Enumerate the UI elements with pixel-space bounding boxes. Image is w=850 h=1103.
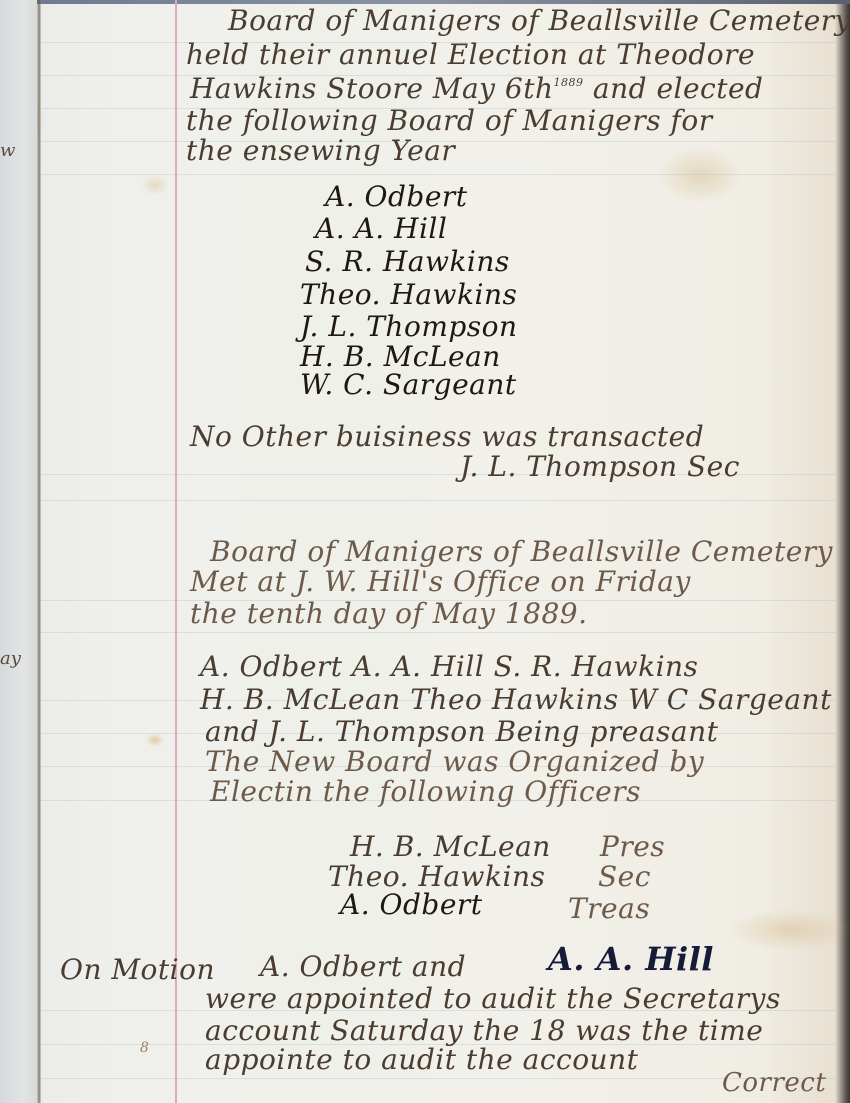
motion-line: were appointed to audit the Secretarys — [205, 982, 781, 1015]
manager-name: W. C. Sargeant — [300, 368, 517, 401]
officer-name: A. Odbert — [340, 888, 483, 921]
margin-note: ay — [0, 648, 21, 669]
manager-name: A. A. Hill — [315, 212, 447, 245]
book-spine — [37, 0, 41, 1103]
entry2-line: A. Odbert A. A. Hill S. R. Hawkins — [200, 650, 698, 683]
motion-line-blue: A. A. Hill — [548, 940, 714, 978]
motion-line: A. Odbert and — [260, 950, 466, 983]
officer-title: Treas — [568, 892, 650, 925]
ruled-line — [41, 500, 841, 501]
entry1-line: the ensewing Year — [186, 134, 455, 167]
entry2-line: H. B. McLean Theo Hawkins W C Sargeant — [200, 683, 832, 716]
entry2-line: Electin the following Officers — [210, 775, 641, 808]
ruled-line — [41, 1078, 841, 1079]
manager-name: J. L. Thompson — [300, 310, 518, 343]
entry2-line: The New Board was Organized by — [205, 745, 704, 778]
ruled-line — [41, 632, 841, 633]
entry2-line: and J. L. Thompson Being preasant — [205, 715, 718, 748]
ruled-line — [41, 174, 841, 175]
secretary-signature: J. L. Thompson Sec — [460, 450, 740, 483]
officer-title: Pres — [600, 830, 665, 863]
status-note: Correct — [722, 1068, 826, 1098]
ledger-page: w ay 8 Board of Manigers of Beallsville … — [0, 0, 850, 1103]
margin-rule — [175, 0, 177, 1103]
officer-name: H. B. McLean — [350, 830, 551, 863]
margin-note: 8 — [140, 1040, 149, 1056]
entry1-line: Board of Manigers of Beallsville Cemeter… — [228, 4, 850, 37]
officer-title: Sec — [598, 860, 651, 893]
manager-name: Theo. Hawkins — [300, 278, 517, 311]
entry2-line: Met at J. W. Hill's Office on Friday — [190, 565, 691, 598]
facing-page-edge — [0, 0, 37, 1103]
manager-name: A. Odbert — [325, 180, 468, 213]
motion-label: On Motion — [60, 953, 215, 986]
entry1-line: the following Board of Manigers for — [186, 104, 713, 137]
entry2-line: the tenth day of May 1889. — [190, 597, 588, 630]
motion-line: appointe to audit the account — [205, 1043, 638, 1076]
entry1-line: held their annuel Election at Theodore — [186, 38, 755, 71]
entry2-line: Board of Manigers of Beallsville Cemeter… — [210, 535, 833, 568]
margin-note: w — [0, 140, 15, 161]
manager-name: S. R. Hawkins — [305, 245, 510, 278]
entry1-line: Hawkins Stoore May 6th1889 and elected — [190, 72, 763, 105]
entry1-closing: No Other buisiness was transacted — [190, 420, 704, 453]
